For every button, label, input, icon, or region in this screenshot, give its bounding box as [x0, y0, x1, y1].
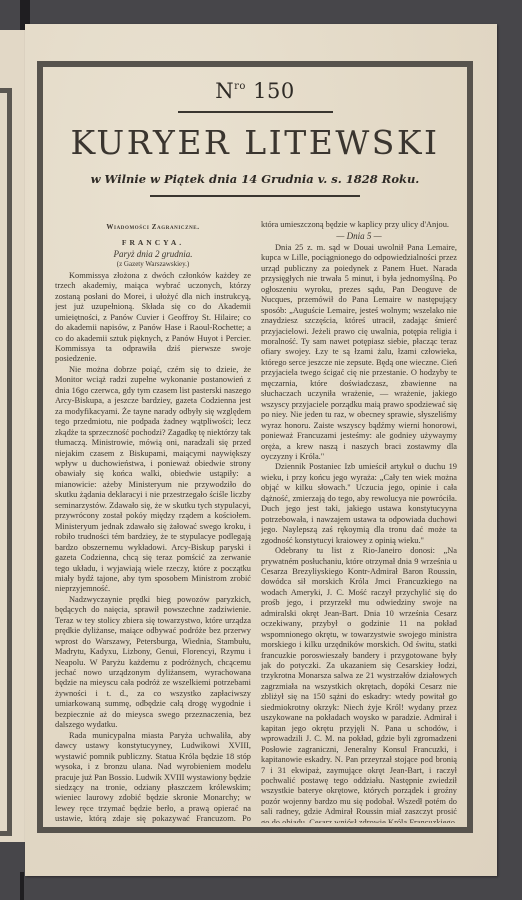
date-line: w Wilnie w Piątek dnia 14 Grudnia v. s. …	[43, 172, 467, 186]
masthead-rule-top	[178, 111, 333, 113]
left-column: Wiadomości Zagraniczne. FRANCYA. Paryż d…	[55, 220, 251, 823]
day-separator: — Dnia 5 —	[261, 231, 457, 241]
newspaper-page: Nro 150 KURYER LITEWSKI w Wilnie w Piąte…	[25, 24, 497, 876]
issue-label: N	[215, 79, 234, 103]
country-heading: FRANCYA.	[55, 238, 251, 248]
previous-page-frame	[0, 88, 12, 836]
paragraph: Nadzwyczaynie prędki bieg powozów paryzk…	[55, 595, 251, 731]
issue-number: Nro 150	[43, 79, 467, 103]
paragraph: Rada municypalna miasta Paryża uchwaliła…	[55, 731, 251, 823]
right-column: która umieszczoną będzie w kaplicy przy …	[261, 220, 457, 823]
paragraph: Dziennik Postaniec Izb umieścił artykuł …	[261, 462, 457, 546]
paragraph: Dnia 25 z. m. sąd w Douai uwolnił Pana L…	[261, 243, 457, 463]
paragraph: Odebrany tu list z Rio-Janeiro donosi: „…	[261, 546, 457, 823]
previous-page-edge	[0, 30, 28, 842]
masthead: Nro 150 KURYER LITEWSKI w Wilnie w Piąte…	[43, 75, 467, 197]
newspaper-title: KURYER LITEWSKI	[43, 123, 467, 162]
section-heading: Wiadomości Zagraniczne.	[55, 222, 251, 232]
article-source: (z Gazety Warszawskiey.)	[55, 259, 251, 269]
continuation-text: która umieszczoną będzie w kaplicy przy …	[261, 220, 457, 230]
article-columns: Wiadomości Zagraniczne. FRANCYA. Paryż d…	[55, 220, 457, 823]
article-dateline: Paryż dnia 2 grudnia.	[55, 249, 251, 259]
paragraph: Kommissya złożona z dwóch członków każde…	[55, 271, 251, 365]
page-border-frame: Nro 150 KURYER LITEWSKI w Wilnie w Piąte…	[37, 61, 473, 833]
issue-label-superscript: ro	[234, 81, 246, 92]
book-spine-bottom	[20, 872, 24, 900]
issue-number-value: 150	[253, 79, 295, 103]
masthead-rule-bottom	[150, 195, 360, 197]
paragraph: Nie można dobrze poiąć, czém się to dzie…	[55, 365, 251, 595]
